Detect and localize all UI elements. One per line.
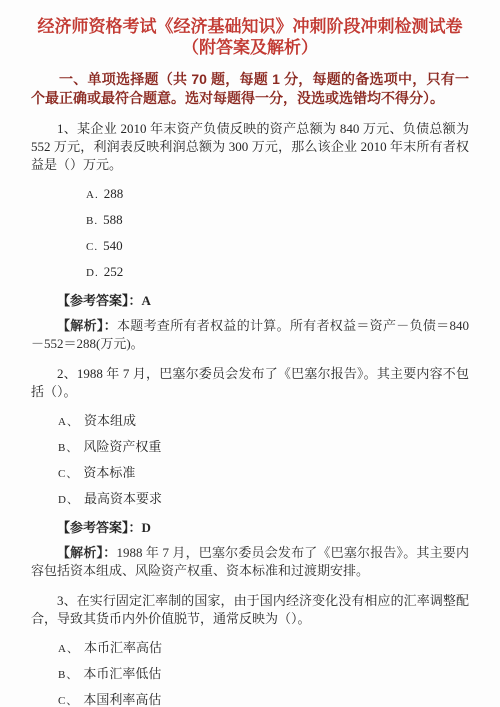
option-text: 588 — [103, 212, 123, 227]
option-label: C、 — [58, 468, 78, 480]
analysis-label: 【解析】： — [57, 318, 117, 333]
options-list: A、资本组成 B、风险资产权重 C、资本标准 D、最高资本要求 — [31, 413, 469, 508]
option-text: 本币汇率低估 — [83, 666, 161, 681]
option-label: D、 — [58, 494, 79, 506]
question-block-2: 2、1988 年 7 月，巴塞尔委员会发布了《巴塞尔报告》。其主要内容不包括（）… — [31, 365, 469, 580]
question-text: 2、1988 年 7 月，巴塞尔委员会发布了《巴塞尔报告》。其主要内容不包括（）… — [31, 365, 469, 401]
reference-answer: 【参考答案】：D — [31, 519, 469, 537]
options-list: A.288 B.588 C.540 D.252 — [31, 186, 469, 281]
question-body: 某企业 2010 年末资产负债反映的资产总额为 840 万元、负债总额为 552… — [31, 121, 469, 172]
question-text: 1、某企业 2010 年末资产负债反映的资产总额为 840 万元、负债总额为 5… — [31, 120, 469, 174]
option-label: C、 — [58, 695, 78, 707]
option-c: C、资本标准 — [58, 465, 469, 482]
option-label: B、 — [58, 669, 78, 681]
analysis: 【解析】：本题考查所有者权益的计算。所有者权益＝资产－负债＝840－552＝28… — [31, 317, 469, 353]
option-label: A、 — [58, 643, 79, 655]
option-text: 资本标准 — [83, 465, 135, 480]
option-label: C. — [86, 241, 98, 253]
option-d: D.252 — [86, 264, 469, 281]
option-a: A、本币汇率高估 — [58, 640, 469, 657]
question-number: 2、 — [57, 366, 77, 381]
document-page: 经济师资格考试《经济基础知识》冲刺阶段冲刺检测试卷（附答案及解析） 一、单项选择… — [0, 0, 500, 707]
option-text: 本币汇率高估 — [84, 640, 162, 655]
section-header: 一、单项选择题（共 70 题，每题 1 分，每题的备选项中，只有一个最正确或最符… — [31, 70, 469, 108]
option-text: 风险资产权重 — [83, 439, 161, 454]
option-text: 最高资本要求 — [84, 491, 162, 506]
option-label: B. — [86, 215, 98, 227]
option-b: B.588 — [86, 212, 469, 229]
option-label: A. — [86, 189, 99, 201]
question-number: 3、 — [57, 593, 77, 608]
page-title: 经济师资格考试《经济基础知识》冲刺阶段冲刺检测试卷（附答案及解析） — [31, 16, 469, 58]
option-a: A、资本组成 — [58, 413, 469, 430]
option-text: 288 — [104, 186, 124, 201]
answer-value: D — [142, 520, 151, 535]
option-c: C、本国利率高估 — [58, 692, 469, 707]
question-block-1: 1、某企业 2010 年末资产负债反映的资产总额为 840 万元、负债总额为 5… — [31, 120, 469, 353]
option-label: B、 — [58, 442, 78, 454]
question-body: 在实行固定汇率制的国家，由于国内经济变化没有相应的汇率调整配合，导致其货币内外价… — [31, 593, 469, 626]
question-body: 1988 年 7 月，巴塞尔委员会发布了《巴塞尔报告》。其主要内容不包括（）。 — [31, 366, 469, 399]
page-title-line1: 经济师资格考试《经济基础知识》冲刺阶段冲刺检测试卷 — [38, 17, 463, 36]
option-text: 540 — [103, 238, 123, 253]
question-number: 1、 — [57, 121, 77, 136]
option-d: D、最高资本要求 — [58, 491, 469, 508]
question-block-3: 3、在实行固定汇率制的国家，由于国内经济变化没有相应的汇率调整配合，导致其货币内… — [31, 592, 469, 707]
answer-label: 【参考答案】： — [57, 293, 142, 308]
page-title-line2: （附答案及解析） — [182, 38, 318, 57]
options-list: A、本币汇率高估 B、本币汇率低估 C、本国利率高估 — [31, 640, 469, 707]
option-text: 资本组成 — [84, 413, 136, 428]
option-a: A.288 — [86, 186, 469, 203]
analysis: 【解析】：1988 年 7 月，巴塞尔委员会发布了《巴塞尔报告》。其主要内容包括… — [31, 544, 469, 580]
question-text: 3、在实行固定汇率制的国家，由于国内经济变化没有相应的汇率调整配合，导致其货币内… — [31, 592, 469, 628]
answer-label: 【参考答案】： — [57, 520, 142, 535]
option-label: A、 — [58, 416, 79, 428]
option-c: C.540 — [86, 238, 469, 255]
reference-answer: 【参考答案】：A — [31, 292, 469, 310]
option-b: B、风险资产权重 — [58, 439, 469, 456]
answer-value: A — [142, 293, 151, 308]
option-text: 252 — [104, 264, 124, 279]
analysis-label: 【解析】： — [57, 545, 116, 560]
option-b: B、本币汇率低估 — [58, 666, 469, 683]
option-label: D. — [86, 267, 99, 279]
option-text: 本国利率高估 — [83, 692, 161, 707]
